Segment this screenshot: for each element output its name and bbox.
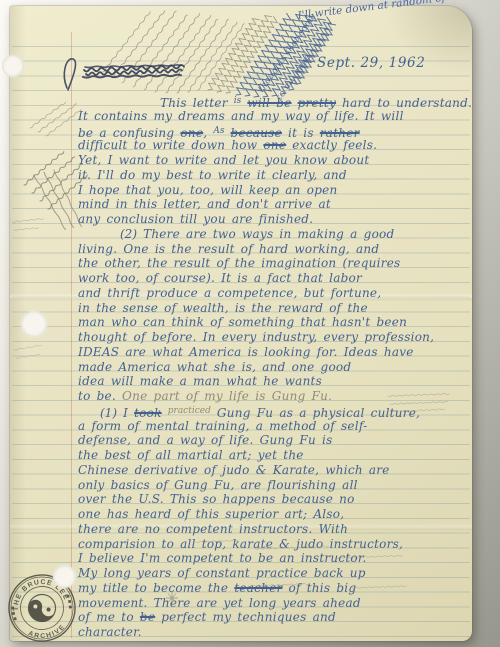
letter-line: I believe I'm competent to be an instruc…	[78, 551, 367, 565]
letter-line: comparision to all top, karate & judo in…	[78, 537, 403, 551]
margin-line	[71, 32, 72, 638]
letter-line: defense, and a way of life. Gung Fu is	[78, 433, 333, 447]
hole-punch	[2, 55, 24, 77]
hole-punch	[21, 311, 47, 337]
letter-line: Yet, I want to write and let you know ab…	[78, 153, 369, 167]
letter-line: in the sense of wealth, is the reward of…	[78, 301, 368, 315]
letter-line: the other, the result of the imagination…	[78, 256, 400, 270]
letter-line: (1) I took practiced Gung Fu as a physic…	[100, 404, 420, 420]
scan-background: I'll write down at random of thoughts th…	[0, 0, 500, 647]
letter-line: the best of all martial art; yet the	[78, 448, 304, 462]
letter-line: it. I'll do my best to write it clearly,…	[78, 168, 347, 182]
letter-line: a form of mental training, a method of s…	[78, 419, 367, 433]
letter-line: movement. There are yet long years ahead	[78, 596, 361, 610]
letter-line: living. One is the result of hard workin…	[78, 242, 379, 256]
letter-line: My long years of constant practice back …	[78, 566, 366, 580]
letter-line: over the U.S. This so happens because no	[78, 492, 355, 506]
letter-line: mind in this letter, and don't arrive at	[78, 197, 331, 211]
letter-line: It contains my dreams and my way of life…	[78, 109, 404, 123]
letter-line: made America what she is, and one good	[78, 360, 351, 374]
letter-line: IDEAS are what America is looking for. I…	[78, 345, 414, 359]
letter-line: Chinese derivative of judo & Karate, whi…	[78, 463, 390, 477]
yin-yang-icon	[26, 592, 58, 624]
letter-line: my title to become the teacher of this b…	[78, 581, 356, 595]
hole-punch	[53, 565, 76, 588]
letter-line: work too, of course). It is a fact that …	[78, 271, 362, 285]
letter-line: one has heard of this superior art; Also…	[78, 507, 344, 521]
letter-line: difficult to write down how one exactly …	[78, 138, 377, 152]
letter-line: any conclusion till you are finished.	[78, 212, 313, 226]
letter-line: to be. One part of my life is Gung Fu.	[78, 389, 332, 403]
letter-line: (2) There are two ways in making a good	[120, 227, 394, 241]
letter-line: This letter is will be pretty hard to un…	[160, 94, 472, 110]
letter-line: of me to be perfect my techniques and	[78, 610, 336, 624]
letter-line: idea will make a man what he wants	[78, 374, 322, 388]
letter-line: and thrift produce a competence, but for…	[78, 286, 381, 300]
letter-line: thought of before. In every industry, ev…	[78, 330, 434, 344]
letter-date: Sept. 29, 1962	[317, 55, 425, 71]
letter-line: I hope that you, too, will keep an open	[78, 183, 337, 197]
letter-line: man who can think of something that hasn…	[78, 315, 407, 329]
letter-line: be a confusing one, As because it is rat…	[78, 124, 360, 140]
letter-line: there are no competent instructors. With	[78, 522, 348, 536]
letter-line: only basics of Gung Fu, are flourishing …	[78, 478, 358, 492]
